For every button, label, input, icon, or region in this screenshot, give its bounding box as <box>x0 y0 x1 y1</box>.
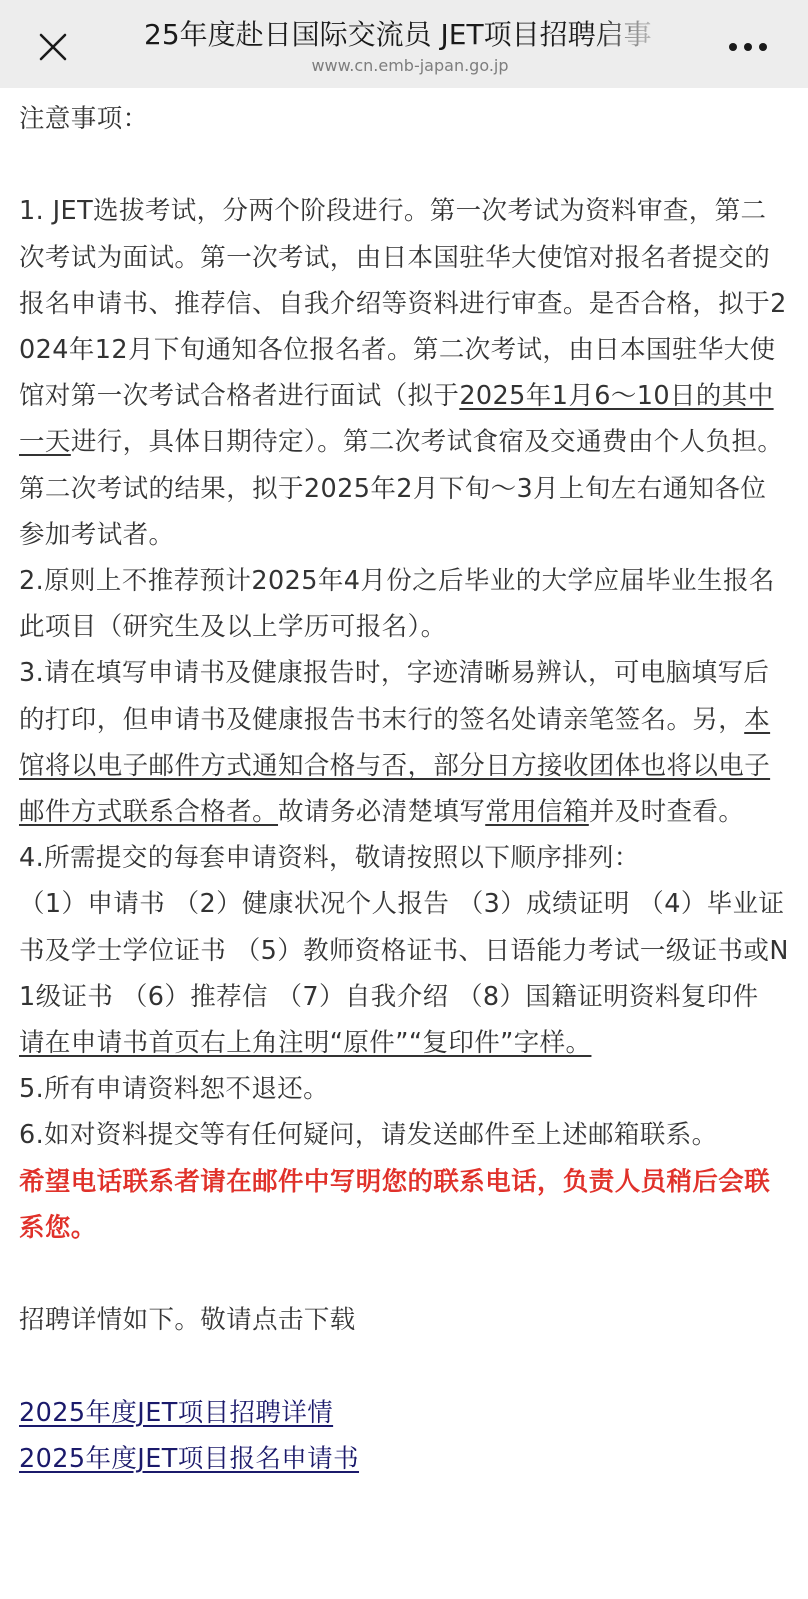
notice-item-3-text-cont: 故请务必清楚填写 <box>278 797 485 827</box>
download-link-application-form[interactable]: 2025年度JET项目报名申请书 <box>19 1436 789 1482</box>
notice-item-5: 5.所有申请资料恕不退还。 <box>19 1066 789 1112</box>
notice-item-2: 2.原则上不推荐预计2025年4月份之后毕业的大学应届毕业生报名此项目（研究生及… <box>19 558 789 650</box>
notice-item-1-text: 1. JET选拔考试，分两个阶段进行。第一次考试为资料审查，第二次考试为面试。第… <box>19 196 787 411</box>
notice-item-3-text: 3.请在填写申请书及健康报告时，字迹清晰易辨认，可电脑填写后的打印，但申请书及健… <box>19 658 769 734</box>
title-block: 25年度赴日国际交流员 JET项目招聘启事 www.cn.emb-japan.g… <box>140 14 680 84</box>
spacer <box>19 1251 789 1297</box>
notice-item-4-note: 请在申请书首页右上角注明“原件”“复印件”字样。 <box>19 1020 789 1066</box>
notice-item-6: 6.如对资料提交等有任何疑问，请发送邮件至上述邮箱联系。 <box>19 1112 789 1158</box>
mailbox-underlined: 常用信箱 <box>485 797 589 827</box>
notice-item-3: 3.请在填写申请书及健康报告时，字迹清晰易辨认，可电脑填写后的打印，但申请书及健… <box>19 650 789 835</box>
article-content: 注意事项： 1. JET选拔考试，分两个阶段进行。第一次考试为资料审查，第二次考… <box>19 96 789 1482</box>
application-form-link[interactable]: 2025年度JET项目报名申请书 <box>19 1444 359 1474</box>
page-title: 25年度赴日国际交流员 JET项目招聘启事 <box>140 14 684 56</box>
recruitment-details-link[interactable]: 2025年度JET项目招聘详情 <box>19 1398 333 1428</box>
spacer <box>19 142 789 188</box>
notice-item-1-text-cont: 进行，具体日期待定）。第二次考试食宿及交通费由个人负担。第二次考试的结果，拟于2… <box>19 427 783 549</box>
page-url: www.cn.emb-japan.go.jp <box>140 56 680 76</box>
original-copy-note-underlined: 请在申请书首页右上角注明“原件”“复印件”字样。 <box>19 1028 591 1058</box>
close-icon <box>38 32 68 62</box>
browser-header: 25年度赴日国际交流员 JET项目招聘启事 www.cn.emb-japan.g… <box>0 0 808 88</box>
section-heading: 注意事项： <box>19 96 789 142</box>
notice-item-4-intro: 4.所需提交的每套申请资料，敬请按照以下顺序排列： <box>19 835 789 881</box>
download-link-recruitment-details[interactable]: 2025年度JET项目招聘详情 <box>19 1390 789 1436</box>
download-intro: 招聘详情如下。敬请点击下载 <box>19 1297 789 1343</box>
phone-contact-alert: 希望电话联系者请在邮件中写明您的联系电话，负责人员稍后会联系您。 <box>19 1159 789 1251</box>
more-options-button[interactable] <box>718 24 778 70</box>
more-icon <box>728 42 768 52</box>
spacer <box>19 1343 789 1389</box>
notice-item-1: 1. JET选拔考试，分两个阶段进行。第一次考试为资料审查，第二次考试为面试。第… <box>19 188 789 558</box>
notice-item-4-list: （1）申请书 （2）健康状况个人报告 （3）成绩证明 （4）毕业证书及学士学位证… <box>19 881 789 1020</box>
close-button[interactable] <box>30 24 76 70</box>
notice-item-3-text-end: 并及时查看。 <box>589 797 744 827</box>
